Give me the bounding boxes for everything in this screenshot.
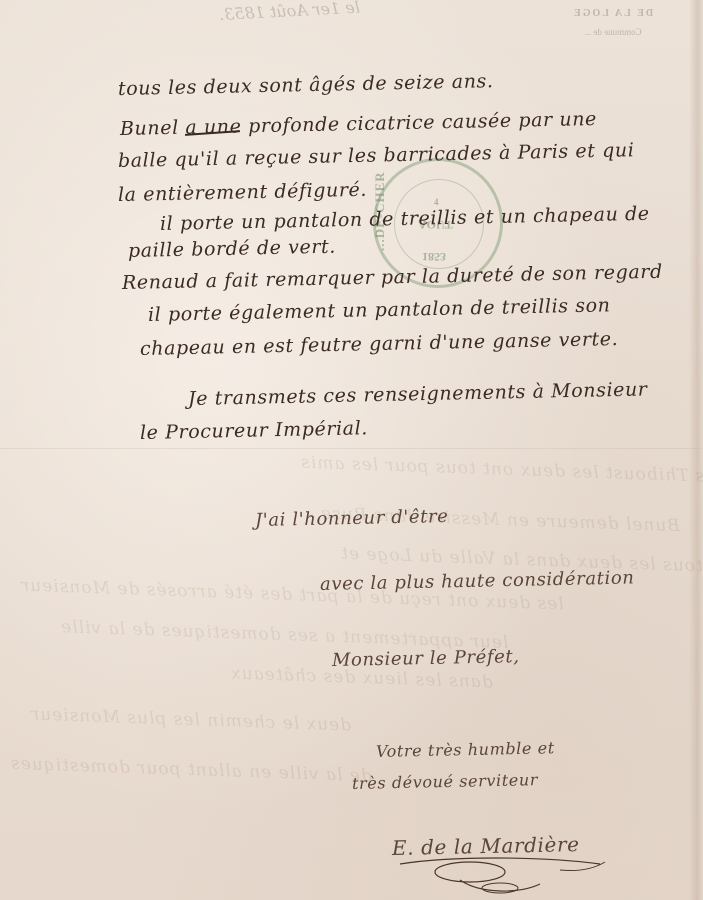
bleed-through-text: de la ville en allant pour domestiques <box>10 754 372 787</box>
body-line-1: tous les deux sont âgés de seize ans. <box>118 70 494 100</box>
stamp-year: 1853 <box>422 249 446 264</box>
closing-line-4: Votre très humble et <box>376 738 555 761</box>
body-line-7: Renaud a fait remarquer par la dureté de… <box>122 261 663 294</box>
stamp-day: 4 <box>434 197 439 207</box>
closing-line-1: J'ai l'honneur d'être <box>255 506 449 531</box>
body-line-6: paille bordé de vert. <box>128 236 336 262</box>
closing-line-2: avec la plus haute considération <box>320 567 635 595</box>
body-line-4: la entièrement défiguré. <box>118 179 367 206</box>
body-line-2: Bunel a une profonde cicatrice causée pa… <box>120 108 597 140</box>
letter-page: Les Thiboust les deux ont tous pour les … <box>0 0 703 900</box>
bleed-through-text: deux le chemin les plus Monsieur <box>30 704 352 735</box>
letterhead-subtitle: Commune de ... <box>553 27 673 37</box>
closing-line-5: très dévoué serviteur <box>352 770 538 793</box>
bleed-through-text: Les Thiboust les deux ont tous pour les … <box>300 453 703 488</box>
body-line-3: balle qu'il a reçue sur les barricades à… <box>118 139 635 172</box>
body-line-11: le Procureur Impérial. <box>140 417 368 444</box>
fold-line <box>0 448 703 449</box>
body-line-8: il porte également un pantalon de treill… <box>148 294 611 326</box>
signature-flourish-icon <box>390 850 630 900</box>
body-line-9: chapeau en est feutre garni d'une ganse … <box>140 328 619 360</box>
letterhead-title: DE LA LOGE <box>572 8 653 19</box>
letterhead: DE LA LOGE Commune de ... <box>553 0 673 37</box>
faint-date-line: le 1er Août 1853. <box>40 0 361 33</box>
closing-line-3: Monsieur le Préfet, <box>332 646 520 671</box>
page-edge <box>689 0 703 900</box>
body-line-10: Je transmets ces renseignements à Monsie… <box>188 378 648 410</box>
